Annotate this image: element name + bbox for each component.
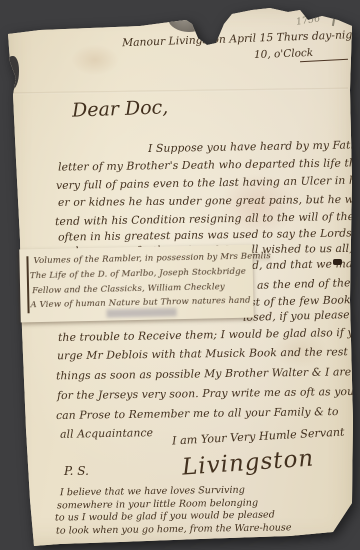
dateline: Manour Livingston April 15 Thurs day-nig… xyxy=(122,28,360,49)
ps-label: P. S. xyxy=(64,464,89,478)
post-line-1: the trouble to Receive them; I would be … xyxy=(58,325,360,344)
pencil-mark xyxy=(332,13,336,26)
body-line-2: letter of my Brother's Death who departe… xyxy=(58,155,360,173)
ink-blot xyxy=(333,259,342,265)
post-line-2: urge Mr Deblois with that Musick Book an… xyxy=(57,345,360,363)
ps-line-4: to look when you go home, from the Ware-… xyxy=(56,522,292,536)
photo-background: 1756 Manour Livingston April 15 Thurs da… xyxy=(0,0,360,550)
slip-line-3: Fellow and the Classicks, William Checkl… xyxy=(32,282,225,296)
salutation: Dear Doc, xyxy=(72,96,169,121)
body-line-3: very full of pains even to the last havi… xyxy=(56,173,360,192)
ps-line-3: to us I would be glad if you would be pl… xyxy=(55,509,275,523)
ps-line-1: I believe that we have loves Surviving xyxy=(60,485,245,499)
paper-crease xyxy=(12,88,348,95)
wax-remnant xyxy=(166,3,209,34)
slip-brace xyxy=(26,256,29,313)
body-line-4: er or kidnes he has under gone great pai… xyxy=(58,192,360,209)
ps-line-2: somewhere in your little Room belonging xyxy=(57,498,258,512)
post-line-5: can Prose to Remember me to all your Fam… xyxy=(56,405,339,422)
slip-faint-stamp xyxy=(107,308,177,317)
body-line-6: often in his greatest pains was used to … xyxy=(58,225,360,243)
dateline-time: 10, o'Clock xyxy=(254,47,314,61)
fragment-line-2: e as the end of the Ritious, xyxy=(247,275,360,292)
pencil-year: 1756 xyxy=(295,13,321,28)
signature: Livingston xyxy=(181,445,315,480)
slip-line-1: Volumes of the Rambler, in possession by… xyxy=(33,251,271,266)
left-edge-tear xyxy=(5,56,19,90)
time-underline xyxy=(300,59,348,63)
body-line-5: tend with his Condition resigning all to… xyxy=(55,209,360,228)
post-line-3: things as soon as possible My Brother Wa… xyxy=(56,365,360,383)
closing-line: I am Your Very Humle Servant xyxy=(172,425,345,447)
post-line-6: all Acquaintance xyxy=(60,426,153,441)
fragment-line-4: losed, if you please to tak xyxy=(243,307,360,324)
book-slip: Volumes of the Rambler, in possession by… xyxy=(19,245,253,323)
body-line-1: I Suppose you have heard by my Fathers xyxy=(148,138,360,155)
post-line-4: for the Jerseys very soon. Pray write me… xyxy=(57,385,354,402)
fragment-line-3: st of the few Books that I xyxy=(250,292,360,309)
slip-line-2: The Life of the D. of Marlbo, Joseph Sto… xyxy=(30,267,246,282)
